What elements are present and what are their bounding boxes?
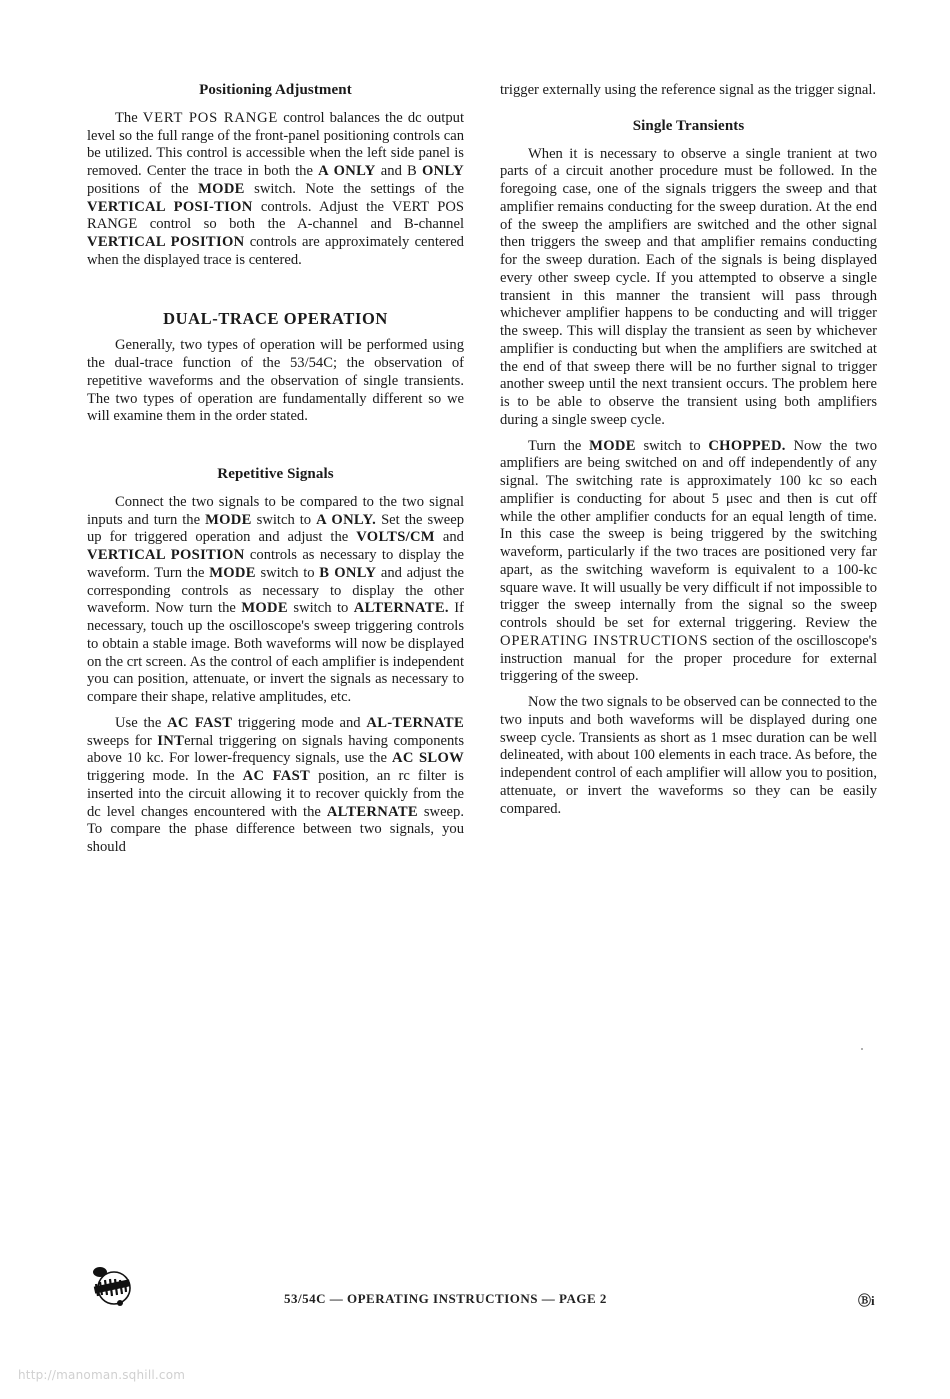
bold-term: MODE: [205, 512, 252, 528]
tektronix-logo-icon: [88, 1262, 136, 1310]
bold-term: MODE: [241, 600, 288, 616]
paragraph-positioning: The VERT POS RANGE control balances the …: [87, 110, 464, 270]
page-footer-label: 53/54C — OPERATING INSTRUCTIONS — PAGE 2: [284, 1291, 607, 1307]
bold-term: ONLY: [422, 163, 464, 179]
bold-term: MODE: [198, 181, 245, 197]
heading-positioning-adjustment: Positioning Adjustment: [87, 82, 464, 100]
bold-term: MODE: [209, 565, 256, 581]
bold-term: ALTERNATE.: [354, 600, 449, 616]
bold-term: AC FAST: [243, 768, 310, 784]
watermark-url: http://manoman.sqhill.com: [18, 1368, 185, 1382]
heading-dual-trace-operation: DUAL-TRACE OPERATION: [87, 310, 464, 328]
bold-term: A ONLY.: [316, 512, 376, 528]
bold-term: AL-TERNATE: [366, 715, 464, 731]
bold-term: VERTICAL POSI-TION: [87, 199, 253, 215]
paragraph-continuation: trigger externally using the reference s…: [500, 82, 877, 100]
bold-term: VOLTS/CM: [356, 529, 435, 545]
caps-term: OPERATING INSTRUCTIONS: [500, 633, 708, 649]
bold-term: B ONLY: [319, 565, 376, 581]
footer-code-mark: Ⓑi: [858, 1290, 875, 1309]
paragraph-single-1: When it is necessary to observe a single…: [500, 146, 877, 430]
bold-term: VERTICAL POSITION: [87, 547, 245, 563]
paragraph-dual-trace-intro: Generally, two types of operation will b…: [87, 337, 464, 426]
right-column: trigger externally using the reference s…: [500, 82, 877, 818]
bold-term: CHOPPED.: [708, 438, 785, 454]
bold-term: A ONLY: [318, 163, 376, 179]
caps-term: VERT POS RANGE: [143, 110, 278, 126]
paragraph-repetitive-1: Connect the two signals to be compared t…: [87, 494, 464, 707]
paragraph-single-2: Turn the MODE switch to CHOPPED. Now the…: [500, 438, 877, 687]
paragraph-repetitive-2: Use the AC FAST triggering mode and AL-T…: [87, 715, 464, 857]
heading-repetitive-signals: Repetitive Signals: [87, 466, 464, 484]
bold-term: ALTERNATE: [327, 804, 418, 820]
left-column: Positioning Adjustment The VERT POS RANG…: [87, 82, 464, 857]
bold-term: INT: [157, 733, 184, 749]
bold-term: MODE: [589, 438, 636, 454]
bold-term: AC SLOW: [392, 750, 464, 766]
paragraph-single-3: Now the two signals to be observed can b…: [500, 694, 877, 818]
bold-term: AC FAST: [167, 715, 232, 731]
bold-term: VERTICAL POSITION: [87, 234, 244, 250]
scan-speck: [861, 1048, 863, 1050]
heading-single-transients: Single Transients: [500, 118, 877, 136]
